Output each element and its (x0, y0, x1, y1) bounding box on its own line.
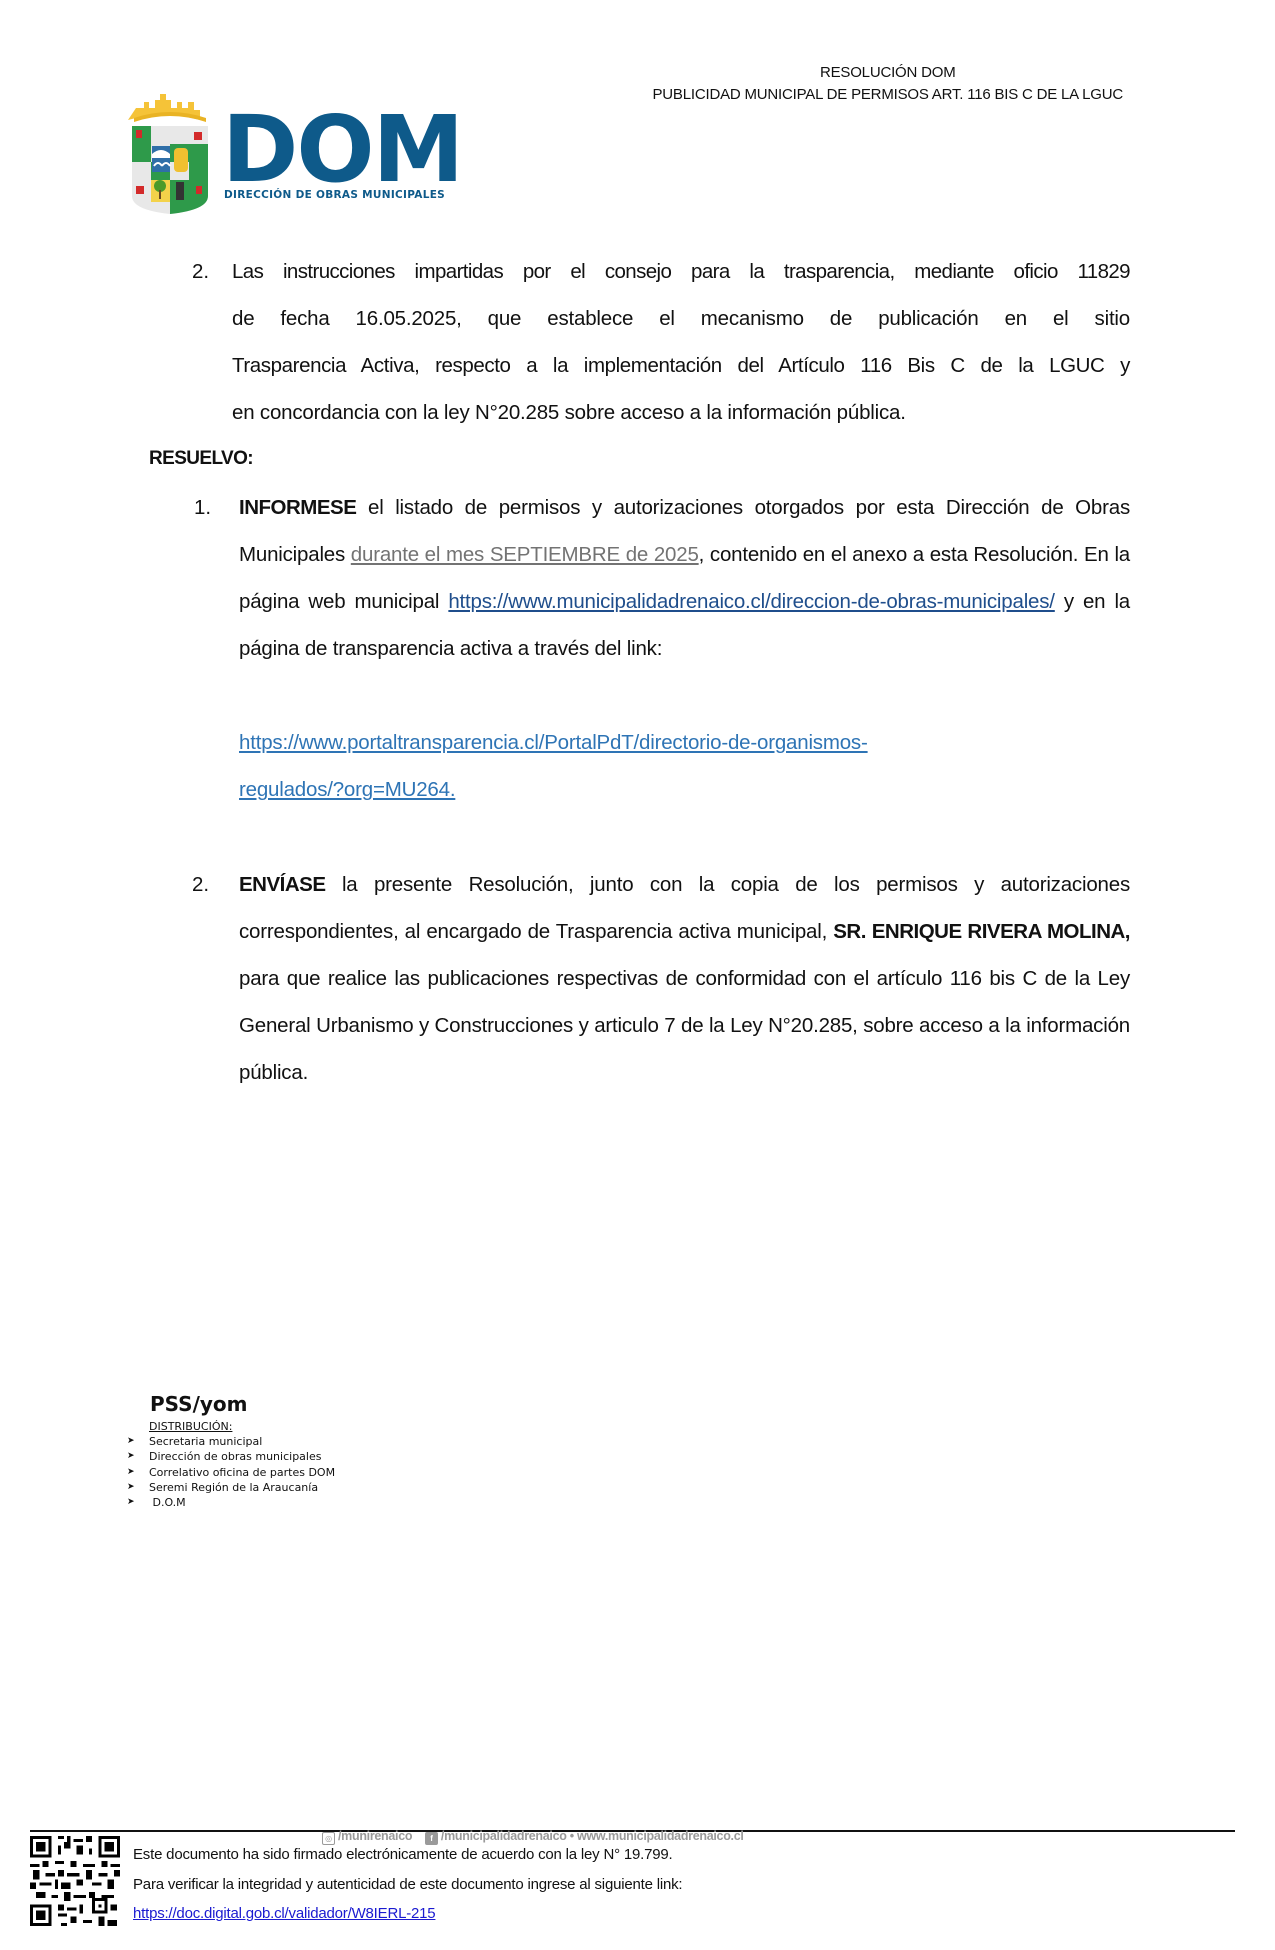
facebook-icon: f (425, 1832, 438, 1845)
considerando-line-2: de fecha 16.05.2025, que establece el me… (232, 295, 1130, 342)
facebook-handle: /municipalidadrenaico (441, 1829, 567, 1843)
social-links: ◎/munirenaico f/municipalidadrenaico • w… (322, 1829, 744, 1845)
municipal-website-link[interactable]: https://www.municipalidadrenaico.cl/dire… (448, 590, 1054, 613)
coat-of-arms-icon (128, 88, 212, 216)
distribution-item: ➤Correlativo oficina de partes DOM (127, 1465, 335, 1480)
document-header-title: RESOLUCIÓN DOM PUBLICIDAD MUNICIPAL DE P… (653, 62, 1124, 106)
separator-dot: • (570, 1829, 574, 1843)
arrow-bullet-icon: ➤ (127, 1480, 149, 1495)
resuelvo-item-1-number: 1. (194, 484, 211, 531)
signature-notice: Este documento ha sido firmado electróni… (133, 1846, 673, 1863)
arrow-bullet-icon: ➤ (127, 1495, 149, 1510)
resuelvo-item-2-number: 2. (192, 861, 209, 908)
distribution-item: ➤Dirección de obras municipales (127, 1449, 335, 1464)
considerando-line-1: Las instrucciones impartidas por el cons… (232, 248, 1130, 295)
resuelvo-heading: RESUELVO: (149, 444, 253, 474)
arrow-bullet-icon: ➤ (127, 1449, 149, 1464)
verification-instructions: Para verificar la integridad y autentici… (133, 1876, 682, 1893)
distribution-list: ➤Secretaria municipal ➤Dirección de obra… (127, 1434, 335, 1510)
considerando-item-2: Las instrucciones impartidas por el cons… (232, 248, 1130, 436)
distribution-item: ➤Secretaria municipal (127, 1434, 335, 1449)
instagram-icon: ◎ (322, 1832, 335, 1845)
item2-text-b: para que realice las publicaciones respe… (239, 967, 1130, 1084)
informese-label: INFORMESE (239, 496, 356, 519)
considerando-line-4: en concordancia con la ley N°20.285 sobr… (232, 389, 1130, 436)
dom-logo-subtitle: DIRECCIÓN DE OBRAS MUNICIPALES (224, 189, 445, 201)
resuelvo-item-2: ENVÍASE la presente Resolución, junto co… (239, 861, 1130, 1096)
validator-link[interactable]: https://doc.digital.gob.cl/validador/W8I… (133, 1905, 435, 1922)
transparency-portal-link-line1[interactable]: https://www.portaltransparencia.cl/Porta… (239, 731, 868, 754)
initials: PSS/yom (150, 1392, 248, 1416)
arrow-bullet-icon: ➤ (127, 1465, 149, 1480)
distribution-heading: DISTRIBUCIÓN: (149, 1420, 232, 1433)
transparency-link-block: https://www.portaltransparencia.cl/Porta… (239, 719, 1130, 813)
header-title-line2: PUBLICIDAD MUNICIPAL DE PERMISOS ART. 11… (653, 84, 1124, 106)
resuelvo-item-1: INFORMESE el listado de permisos y autor… (239, 484, 1130, 672)
distribution-item: ➤ D.O.M (127, 1495, 335, 1510)
website-text: www.municipalidadrenaico.cl (577, 1829, 743, 1843)
enviase-label: ENVÍASE (239, 873, 326, 896)
distribution-item: ➤Seremi Región de la Araucanía (127, 1480, 335, 1495)
qr-code-icon[interactable] (30, 1836, 120, 1926)
arrow-bullet-icon: ➤ (127, 1434, 149, 1449)
considerando-line-3: Trasparencia Activa, respecto a la imple… (232, 342, 1130, 389)
instagram-handle: /munirenaico (338, 1829, 412, 1843)
considerando-item-number: 2. (192, 248, 209, 295)
reporting-period: durante el mes SEPTIEMBRE de 2025 (351, 543, 699, 566)
dom-logo-text: DOM (222, 104, 462, 196)
transparency-portal-link-line2[interactable]: regulados/?org=MU264. (239, 778, 455, 801)
header-title-line1: RESOLUCIÓN DOM (653, 62, 1124, 84)
responsible-officer-name: SR. ENRIQUE RIVERA MOLINA, (833, 920, 1130, 943)
